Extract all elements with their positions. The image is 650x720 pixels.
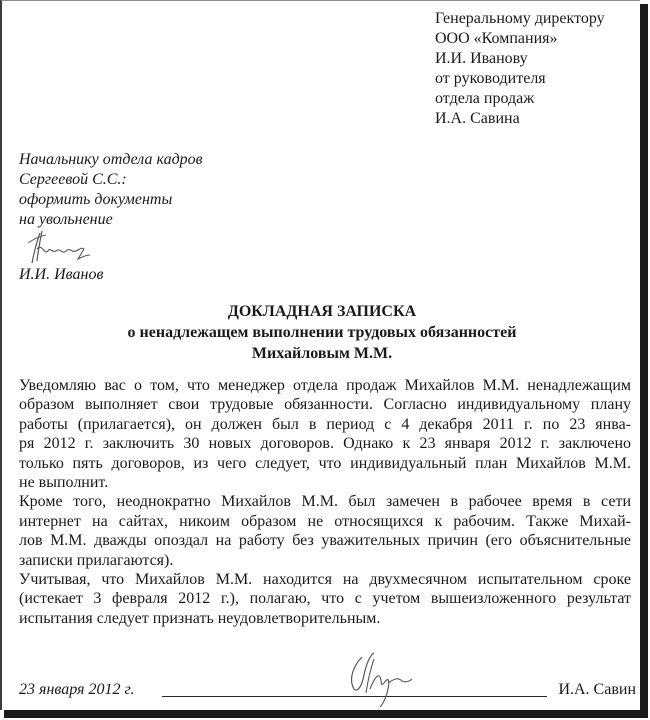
title-heading: ДОКЛАДНАЯ ЗАПИСКА xyxy=(2,301,642,322)
body-line: образом выполняет свои трудовые обязанно… xyxy=(19,395,631,414)
memo-footer: 23 января 2012 г. И.А. Савин xyxy=(19,681,636,703)
addressee-line: от руководителя xyxy=(435,69,605,89)
memo-body: Уведомляю вас о том, что менеджер отдела… xyxy=(19,376,631,628)
body-line: интернет на сайтах, никоим образом не от… xyxy=(19,512,631,531)
handwritten-signature-icon xyxy=(344,649,414,709)
body-line: Учитывая, что Михайлов М.М. находится на… xyxy=(19,570,631,589)
resolution-line: оформить документы xyxy=(19,190,203,210)
body-line: Уведомляю вас о том, что менеджер отдела… xyxy=(19,376,631,395)
body-line: работы (прилагается), он должен был в пе… xyxy=(19,415,631,434)
document-page: Генеральному директору ООО «Компания» И.… xyxy=(0,0,640,710)
resolution-line: Сергеевой С.С.: xyxy=(19,170,203,190)
resolution-line: Начальнику отдела кадров xyxy=(19,150,203,170)
resolution-signer: И.И. Иванов xyxy=(19,265,103,285)
resolution-line: на увольнение xyxy=(19,210,203,230)
addressee-line: ООО «Компания» xyxy=(435,29,605,49)
body-line: испытания следует признать неудовлетвори… xyxy=(19,609,631,628)
title-subheading: о ненадлежащем выполнении трудовых обяза… xyxy=(2,322,642,343)
memo-date: 23 января 2012 г. xyxy=(19,681,134,699)
handwritten-signature-icon xyxy=(26,229,96,265)
body-line: ря 2012 г. заключить 30 новых договоров.… xyxy=(19,434,631,453)
memo-signer: И.А. Савин xyxy=(558,681,636,699)
body-line: не выполнит. xyxy=(19,473,631,492)
body-line: Кроме того, неоднократно Михайлов М.М. б… xyxy=(19,492,631,511)
title-subject: Михайловым М.М. xyxy=(2,343,642,364)
addressee-line: И.А. Савина xyxy=(435,109,605,129)
addressee-line: Генеральному директору xyxy=(435,9,605,29)
document-title: ДОКЛАДНАЯ ЗАПИСКА о ненадлежащем выполне… xyxy=(2,301,642,364)
addressee-line: И.И. Иванову xyxy=(435,49,605,69)
page-shadow-right xyxy=(640,4,648,718)
body-line: только пять договоров, из чего следует, … xyxy=(19,454,631,473)
page-shadow-bottom xyxy=(4,710,648,718)
resolution-block: Начальнику отдела кадров Сергеевой С.С.:… xyxy=(19,150,203,230)
addressee-block: Генеральному директору ООО «Компания» И.… xyxy=(435,9,605,129)
body-line: записки прилагаются). xyxy=(19,551,631,570)
addressee-line: отдела продаж xyxy=(435,89,605,109)
body-line: лов М.М. дважды опоздал на работу без ув… xyxy=(19,531,631,550)
body-line: (истекает 3 февраля 2012 г.), полагаю, ч… xyxy=(19,589,631,608)
